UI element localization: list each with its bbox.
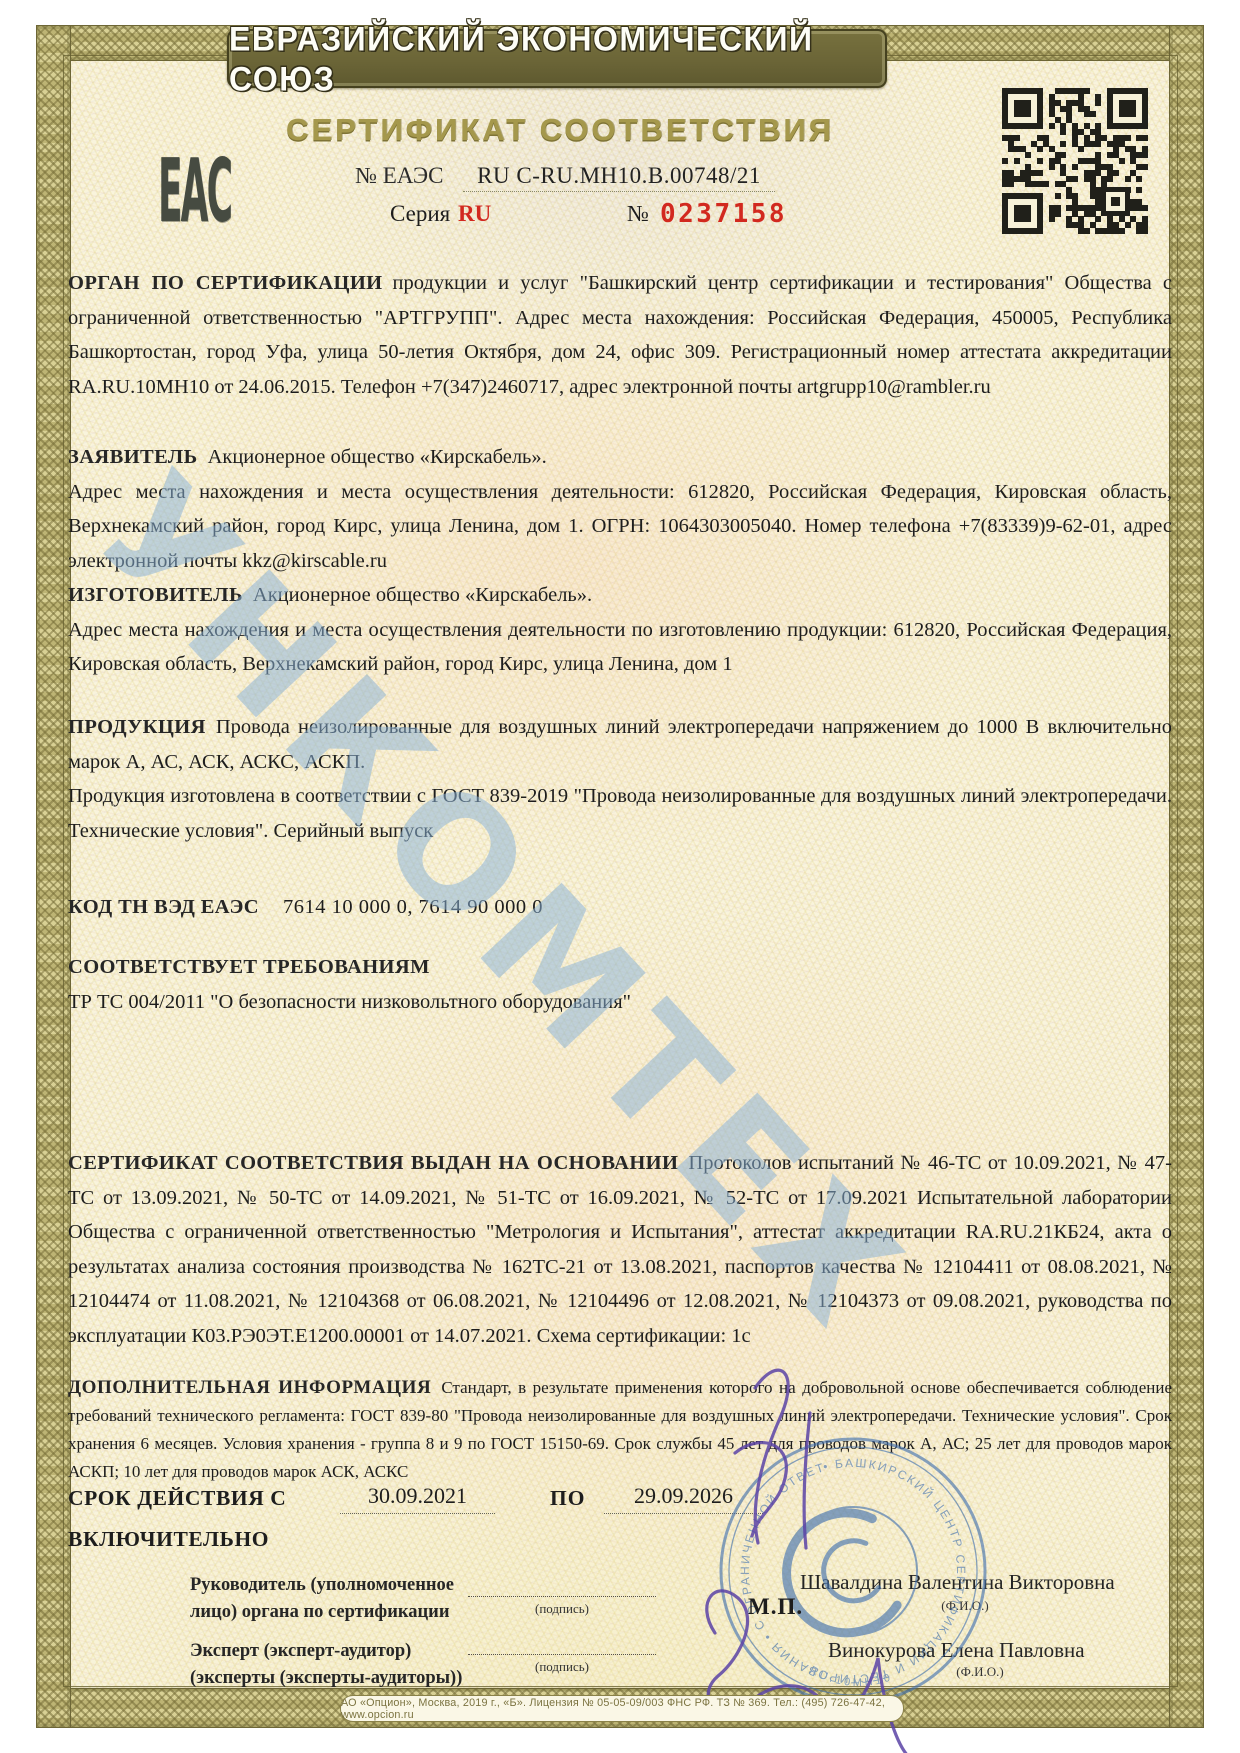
- signature-ink-head: [735, 1370, 810, 1548]
- certificate-number-value: RU С-RU.МН10.В.00748/21: [463, 163, 775, 192]
- validity-inclusive-label: ВКЛЮЧИТЕЛЬНО: [68, 1527, 269, 1552]
- series-label: Серия: [390, 201, 450, 227]
- section-label: ДОПОЛНИТЕЛЬНАЯ ИНФОРМАЦИЯ: [68, 1377, 431, 1398]
- serial-number: 0237158: [660, 199, 787, 229]
- qr-code: [1002, 88, 1148, 234]
- section-manufacturer: ИЗГОТОВИТЕЛЬАкционерное общество «Кирска…: [68, 578, 1172, 682]
- printer-imprint-text: АО «Опцион», Москва, 2019 г., «Б». Лицен…: [341, 1697, 903, 1721]
- manufacturer-address: Адрес места нахождения и места осуществл…: [68, 613, 1172, 682]
- eac-mark-logo: ЕАС: [158, 148, 231, 235]
- section-tnved-code: КОД ТН ВЭД ЕАЭС7614 10 000 0, 7614 90 00…: [68, 890, 1172, 925]
- certificate-document: ЕВРАЗИЙСКИЙ ЭКОНОМИЧЕСКИЙ СОЮЗ ЕАС СЕРТИ…: [0, 0, 1240, 1753]
- applicant-name: Акционерное общество «Кирскабель».: [208, 446, 547, 468]
- section-label: ЗАЯВИТЕЛЬ: [68, 446, 198, 468]
- issued-basis-text: Протоколов испытаний № 46-ТС от 10.09.20…: [68, 1152, 1172, 1347]
- signature-ink-expert: [707, 1591, 908, 1753]
- stamp-place-label: М.П.: [748, 1594, 803, 1620]
- section-product: ПРОДУКЦИЯПровода неизолированные для воз…: [68, 710, 1172, 848]
- section-certification-body: ОРГАН ПО СЕРТИФИКАЦИИпродукции и услуг "…: [68, 266, 1172, 404]
- section-label: СЕРТИФИКАТ СООТВЕТСТВИЯ ВЫДАН НА ОСНОВАН…: [68, 1152, 678, 1174]
- section-label: ИЗГОТОВИТЕЛЬ: [68, 584, 243, 606]
- union-name-banner: ЕВРАЗИЙСКИЙ ЭКОНОМИЧЕСКИЙ СОЮЗ: [227, 29, 887, 88]
- tnved-code-value: 7614 10 000 0, 7614 90 000 0: [283, 896, 543, 918]
- validity-label: СРОК ДЕЙСТВИЯ С: [68, 1486, 286, 1510]
- signer-role-line: Руководитель (уполномоченное: [190, 1572, 490, 1599]
- signer-role-line: лицо) органа по сертификации: [190, 1599, 490, 1626]
- section-label: ПРОДУКЦИЯ: [68, 716, 206, 738]
- section-compliance: СООТВЕТСТВУЕТ ТРЕБОВАНИЯМ ТР ТС 004/2011…: [68, 950, 1172, 1019]
- printer-imprint: АО «Опцион», Москва, 2019 г., «Б». Лицен…: [340, 1695, 904, 1722]
- signer-role-head: Руководитель (уполномоченное лицо) орган…: [190, 1572, 490, 1626]
- product-description: Провода неизолированные для воздушных ли…: [68, 716, 1172, 773]
- union-name: ЕВРАЗИЙСКИЙ ЭКОНОМИЧЕСКИЙ СОЮЗ: [229, 19, 885, 99]
- certificate-number-line: № ЕАЭС RU С-RU.МН10.В.00748/21: [255, 163, 875, 189]
- section-label: СООТВЕТСТВУЕТ ТРЕБОВАНИЯМ: [68, 956, 430, 978]
- series-value: RU: [458, 201, 491, 227]
- validity-po-label: ПО: [550, 1486, 585, 1511]
- manufacturer-name: Акционерное общество «Кирскабель».: [253, 584, 592, 606]
- section-label: КОД ТН ВЭД ЕАЭС: [68, 896, 259, 918]
- applicant-address: Адрес места нахождения и места осуществл…: [68, 475, 1172, 579]
- serial-number-sign: №: [627, 201, 649, 227]
- document-title: СЕРТИФИКАТ СООТВЕТСТВИЯ: [255, 112, 865, 148]
- section-applicant: ЗАЯВИТЕЛЬАкционерное общество «Кирскабел…: [68, 440, 1172, 578]
- validity-date-from: 30.09.2021: [340, 1483, 495, 1514]
- compliance-text: ТР ТС 004/2011 "О безопасности низковоль…: [68, 985, 1172, 1020]
- product-standard: Продукция изготовлена в соответствии с Г…: [68, 779, 1172, 848]
- handwritten-signatures: [620, 1358, 960, 1753]
- certificate-number-label: № ЕАЭС: [355, 163, 443, 188]
- section-label: ОРГАН ПО СЕРТИФИКАЦИИ: [68, 272, 383, 294]
- section-issued-basis: СЕРТИФИКАТ СООТВЕТСТВИЯ ВЫДАН НА ОСНОВАН…: [68, 1146, 1172, 1353]
